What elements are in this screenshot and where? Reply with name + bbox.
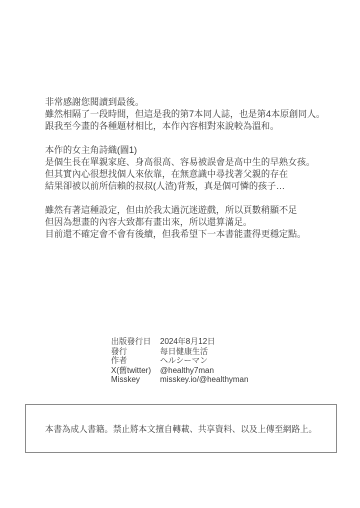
colophon-value: 2024年8月12日 bbox=[160, 337, 215, 347]
colophon-row-author: 作者 ヘルシーマン bbox=[111, 356, 248, 366]
colophon-label: X(舊twitter) bbox=[111, 366, 160, 376]
colophon-row-x-account: X(舊twitter) @healthy7man bbox=[111, 366, 248, 376]
colophon-row-publish-date: 出版發行日 2024年8月12日 bbox=[111, 337, 248, 347]
afterword-line: 結果卻被以前所信賴的叔叔(人渣)背叛，真是個可憐的孩子… bbox=[45, 180, 345, 192]
afterword-line: 目前還不確定會不會有後續，但我希望下一本書能畫得更穩定點。 bbox=[45, 228, 345, 240]
colophon-row-publisher: 發行 每日健康生活 bbox=[111, 347, 248, 357]
colophon-label: 作者 bbox=[111, 356, 160, 366]
afterword-paragraph-thanks: 非常感謝您閱讀到最後。 雖然相隔了一段時間，但這是我的第7本同人誌，也是第4本原… bbox=[45, 96, 345, 132]
afterword-line: 但因為想畫的內容大致都有畫出來，所以還算滿足。 bbox=[45, 216, 345, 228]
afterword-line: 雖然相隔了一段時間，但這是我的第7本同人誌，也是第4本原創同人。 bbox=[45, 108, 345, 120]
adult-disclaimer-text: 本書為成人書籍。禁止將本文擅自轉載、共享資料、以及上傳至網路上。 bbox=[45, 423, 317, 435]
colophon-row-misskey-account: Misskey misskey.io/@healthyman bbox=[111, 375, 248, 385]
colophon-label: 發行 bbox=[111, 347, 160, 357]
afterword-line: 雖然有著這種設定，但由於我太過沉迷遊戲，所以頁數稍顯不足 bbox=[45, 204, 345, 216]
afterword-paragraph-heroine: 本作的女主角詩織(圖1) 是個生長在單親家庭、身高很高、容易被誤會是高中生的早熟… bbox=[45, 144, 345, 192]
afterword-paragraph-closing: 雖然有著這種設定，但由於我太過沉迷遊戲，所以頁數稍顯不足 但因為想畫的內容大致都… bbox=[45, 204, 345, 240]
colophon-misskey-url: misskey.io/@healthyman bbox=[160, 375, 248, 385]
colophon-value: 每日健康生活 bbox=[160, 347, 208, 357]
colophon-x-handle: @healthy7man bbox=[160, 366, 214, 376]
colophon-value: ヘルシーマン bbox=[160, 356, 208, 366]
afterword-line: 本作的女主角詩織(圖1) bbox=[45, 144, 345, 156]
adult-disclaimer-box: 本書為成人書籍。禁止將本文擅自轉載、共享資料、以及上傳至網路上。 bbox=[25, 404, 337, 453]
afterword-text-block: 非常感謝您閱讀到最後。 雖然相隔了一段時間，但這是我的第7本同人誌，也是第4本原… bbox=[45, 96, 345, 252]
afterword-line: 是個生長在單親家庭、身高很高、容易被誤會是高中生的早熟女孩。 bbox=[45, 156, 345, 168]
afterword-line: 跟我至今畫的各種題材相比，本作內容相對來說較為溫和。 bbox=[45, 120, 345, 132]
colophon-block: 出版發行日 2024年8月12日 發行 每日健康生活 作者 ヘルシーマン X(舊… bbox=[111, 337, 248, 385]
colophon-label: Misskey bbox=[111, 375, 160, 385]
afterword-page: 非常感謝您閱讀到最後。 雖然相隔了一段時間，但這是我的第7本同人誌，也是第4本原… bbox=[0, 0, 360, 508]
colophon-label: 出版發行日 bbox=[111, 337, 160, 347]
afterword-line: 非常感謝您閱讀到最後。 bbox=[45, 96, 345, 108]
afterword-line: 但其實內心很想找個人來依靠，在無意識中尋找著父親的存在 bbox=[45, 168, 345, 180]
